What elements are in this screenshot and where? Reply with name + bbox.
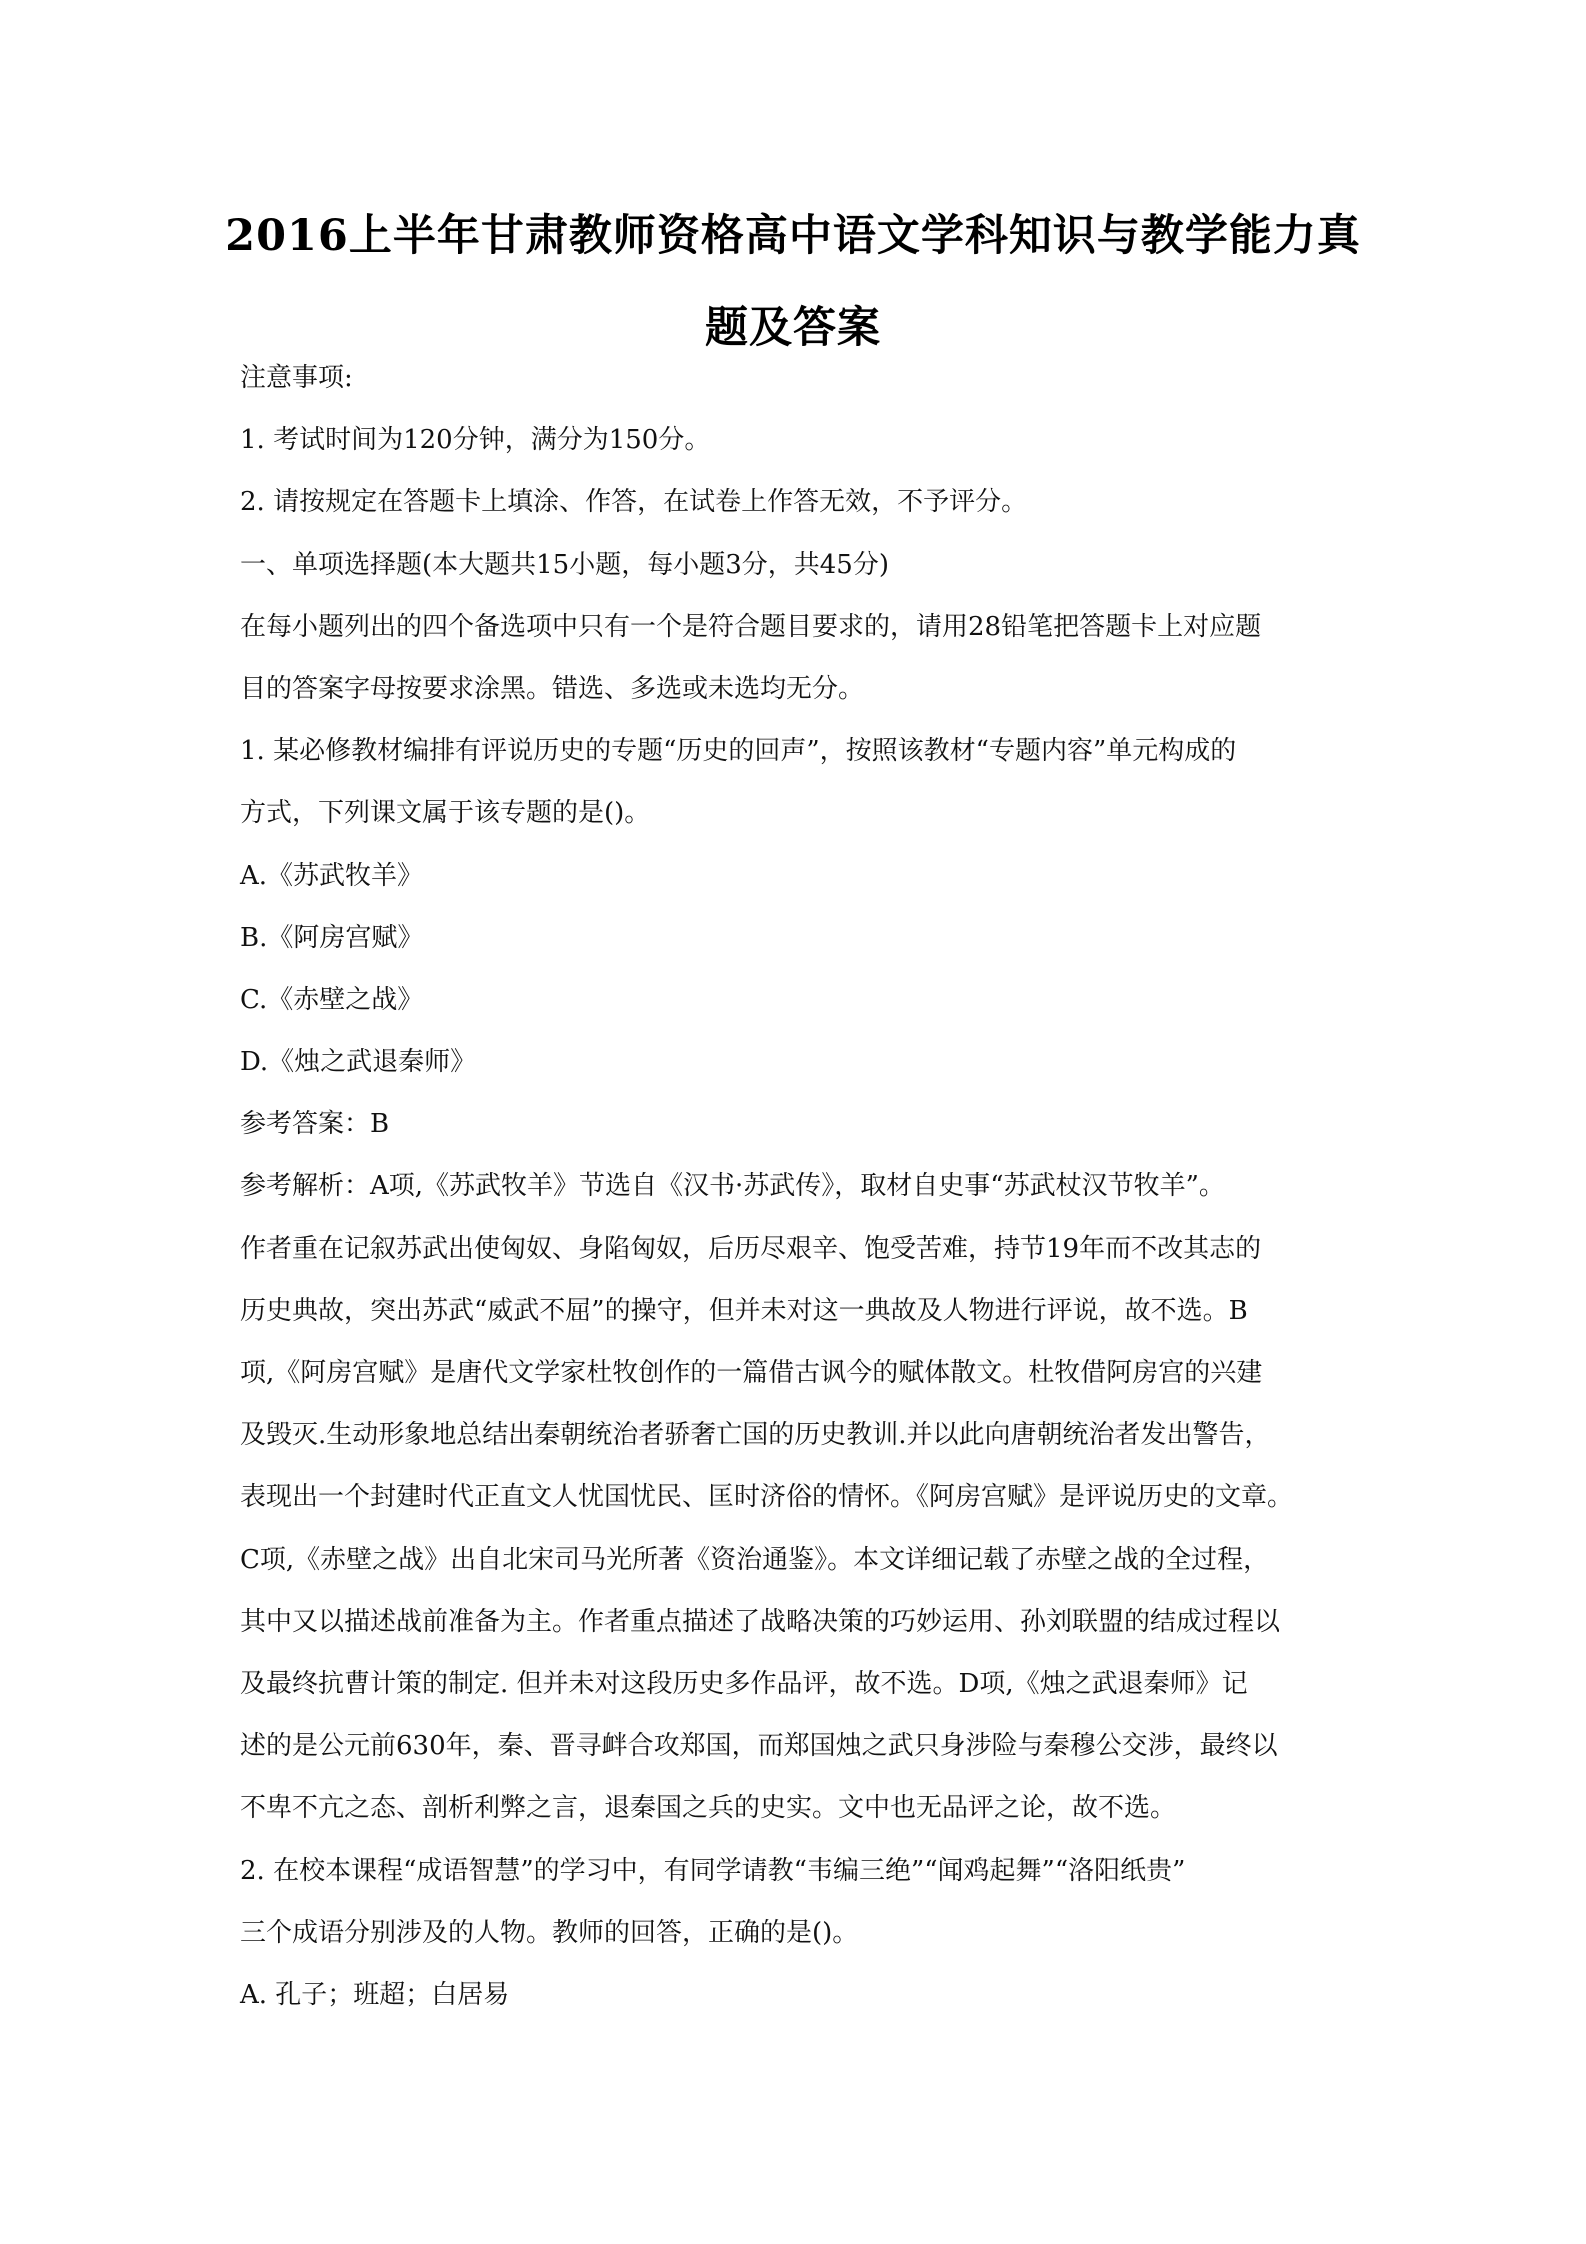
question-2-stem: 2. 在校本课程“成语智慧”的学习中，有同学请教“韦编三绝”“闻鸡起舞”“洛阳纸… — [240, 1840, 1360, 1902]
question-1-analysis: 项,《阿房宫赋》是唐代文学家杜牧创作的一篇借古讽今的赋体散文。杜牧借阿房宫的兴建 — [240, 1342, 1360, 1404]
question-1-analysis: 述的是公元前630年，秦、晋寻衅合攻郑国，而郑国烛之武只身涉险与秦穆公交涉，最终… — [240, 1715, 1360, 1777]
section-instruction: 目的答案字母按要求涂黑。错选、多选或未选均无分。 — [240, 658, 1360, 720]
question-1-analysis: 作者重在记叙苏武出使匈奴、身陷匈奴，后历尽艰辛、饱受苦难，持节19年而不改其志的 — [240, 1218, 1360, 1280]
section-heading: 一、单项选择题(本大题共15小题，每小题3分，共45分) — [240, 534, 1360, 596]
question-1-stem: 1. 某必修教材编排有评说历史的专题“历史的回声”，按照该教材“专题内容”单元构… — [240, 720, 1360, 782]
question-1-analysis: 其中又以描述战前准备为主。作者重点描述了战略决策的巧妙运用、孙刘联盟的结成过程以 — [240, 1591, 1360, 1653]
question-1-option-b: B.《阿房宫赋》 — [240, 907, 1360, 969]
question-1-answer: 参考答案：B — [240, 1093, 1360, 1155]
question-1-analysis: 及毁灭.生动形象地总结出秦朝统治者骄奢亡国的历史教训.并以此向唐朝统治者发出警告… — [240, 1404, 1360, 1466]
notice-heading: 注意事项: — [240, 347, 1360, 409]
question-1-analysis: C项,《赤壁之战》出自北宋司马光所著《资治通鉴》。本文详细记载了赤壁之战的全过程… — [240, 1529, 1360, 1591]
notice-item: 1. 考试时间为120分钟，满分为150分。 — [240, 409, 1360, 471]
question-1-option-d: D.《烛之武退秦师》 — [240, 1031, 1360, 1093]
question-1-analysis: 参考解析：A项,《苏武牧羊》节选自《汉书·苏武传》，取材自史事“苏武杖汉节牧羊”… — [240, 1155, 1360, 1217]
question-1-option-a: A.《苏武牧羊》 — [240, 845, 1360, 907]
question-1-analysis: 表现出一个封建时代正直文人忧国忧民、匡时济俗的情怀。《阿房宫赋》是评说历史的文章… — [240, 1466, 1360, 1528]
document-body: 注意事项: 1. 考试时间为120分钟，满分为150分。 2. 请按规定在答题卡… — [240, 347, 1360, 2026]
notice-item: 2. 请按规定在答题卡上填涂、作答，在试卷上作答无效，不予评分。 — [240, 471, 1360, 533]
question-1-analysis: 历史典故，突出苏武“威武不屈”的操守，但并未对这一典故及人物进行评说，故不选。B — [240, 1280, 1360, 1342]
question-2-option-a: A. 孔子；班超；白居易 — [240, 1964, 1360, 2026]
document-page: 2016上半年甘肃教师资格高中语文学科知识与教学能力真 题及答案 注意事项: 1… — [0, 0, 1586, 2244]
question-2-stem: 三个成语分别涉及的人物。教师的回答，正确的是()。 — [240, 1902, 1360, 1964]
title-line-1: 2016上半年甘肃教师资格高中语文学科知识与教学能力真 — [200, 190, 1386, 282]
question-1-analysis: 及最终抗曹计策的制定. 但并未对这段历史多作品评，故不选。D项,《烛之武退秦师》… — [240, 1653, 1360, 1715]
question-1-option-c: C.《赤壁之战》 — [240, 969, 1360, 1031]
question-1-analysis: 不卑不亢之态、剖析利弊之言，退秦国之兵的史实。文中也无品评之论，故不选。 — [240, 1777, 1360, 1839]
question-1-stem: 方式，下列课文属于该专题的是()。 — [240, 782, 1360, 844]
section-instruction: 在每小题列出的四个备选项中只有一个是符合题目要求的，请用28铅笔把答题卡上对应题 — [240, 596, 1360, 658]
